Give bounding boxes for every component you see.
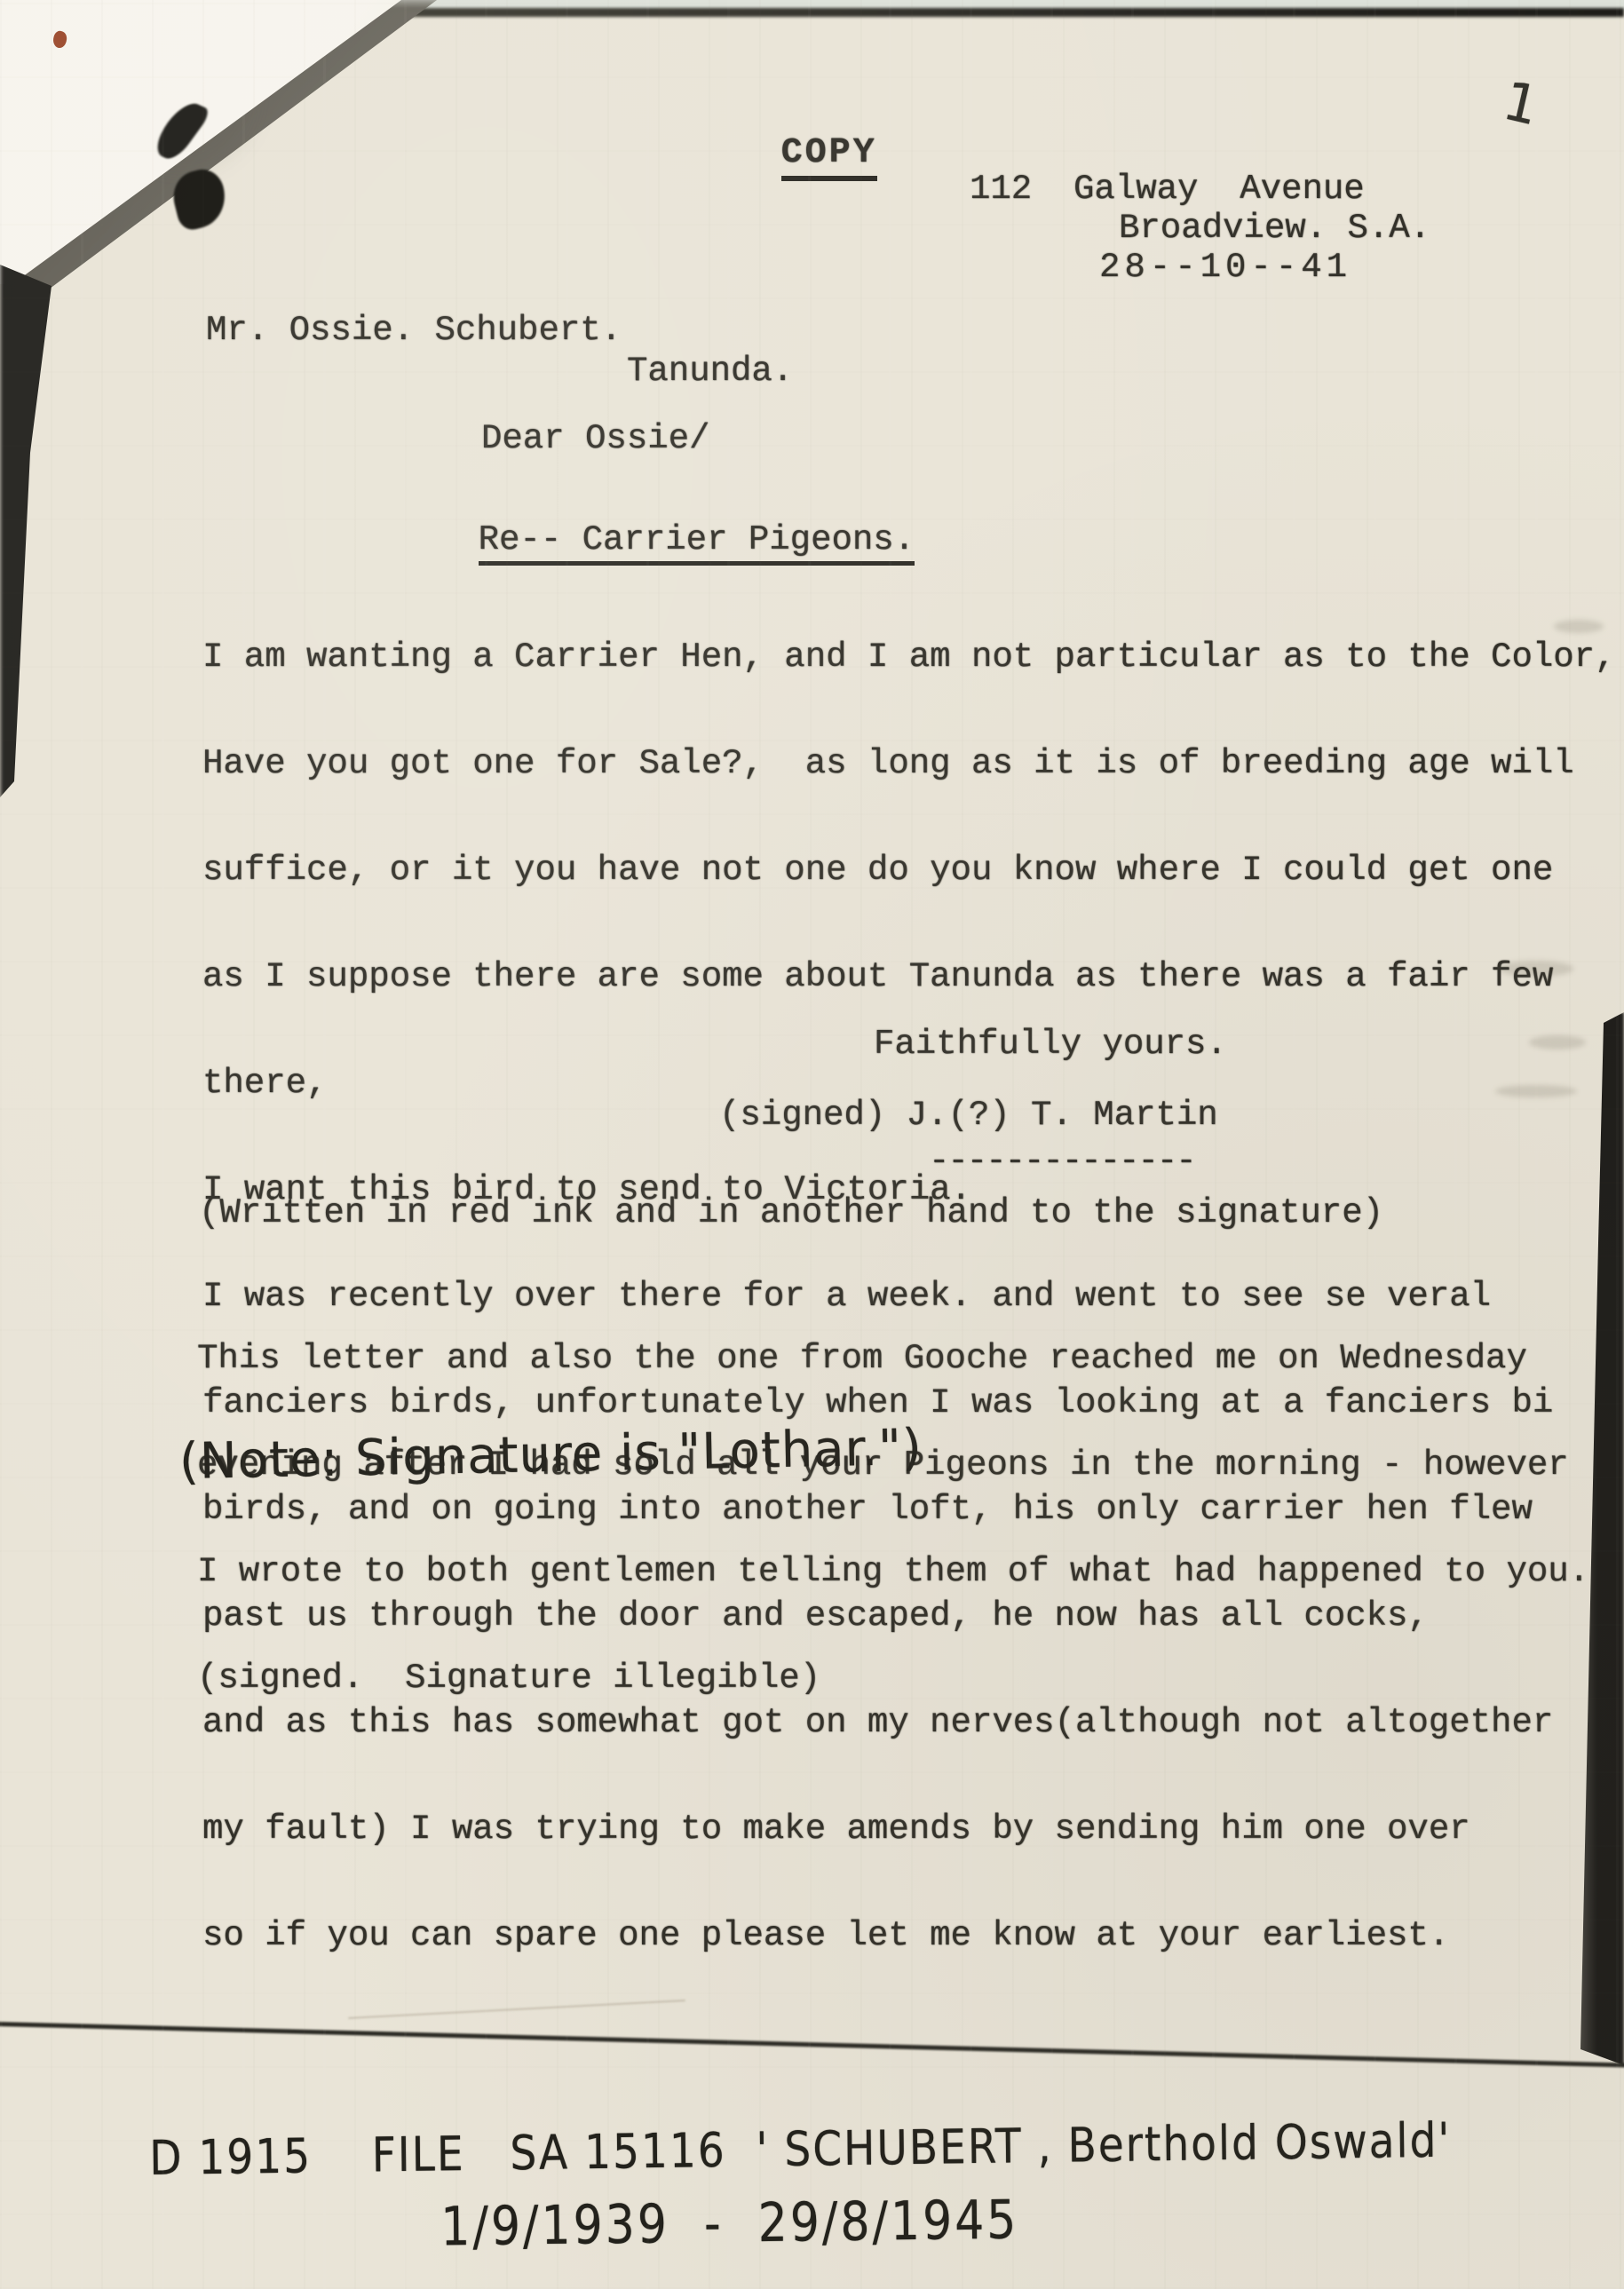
salutation: Dear Ossie/	[481, 421, 709, 456]
subject-text: Re-- Carrier Pigeons.	[479, 520, 915, 566]
letter-date: 28--10--41	[1099, 249, 1351, 285]
body-line: my fault) I was trying to make amends by…	[202, 1811, 1615, 1847]
scanned-letter-page: 1 COPY 112 Galway Avenue Broadview. S.A.…	[0, 0, 1624, 2289]
left-page-edge-shadow	[0, 249, 80, 817]
body-line: I am wanting a Carrier Hen, and I am not…	[202, 639, 1615, 675]
body-line: so if you can spare one please let me kn…	[202, 1918, 1615, 1953]
recipient-town: Tanunda.	[627, 353, 793, 389]
signature-line: (signed) J.(?) T. Martin	[719, 1097, 1218, 1133]
typed-separator: --------------	[929, 1144, 1195, 1179]
archive-file-annotation: D 1915 FILE SA 15116 ' SCHUBERT , Bertho…	[149, 2113, 1452, 2187]
copy-label: COPY	[781, 133, 877, 181]
postscript: This letter and also the one from Gooche…	[197, 1270, 1589, 1767]
body-line: as I suppose there are some about Tanund…	[202, 959, 1615, 994]
archive-date-range: 1/9/1939 - 29/8/1945	[440, 2190, 1019, 2259]
body-line: suffice, or it you have not one do you k…	[202, 852, 1615, 888]
postscript-line: This letter and also the one from Gooche…	[197, 1341, 1589, 1376]
page-number-mark: 1	[1498, 70, 1545, 139]
sender-address-line2: Broadview. S.A.	[1119, 210, 1430, 246]
postscript-line: (signed. Signature illegible)	[197, 1660, 1589, 1696]
photo-bottom-edge	[0, 2022, 1624, 2068]
recipient-name: Mr. Ossie. Schubert.	[206, 313, 622, 348]
red-ink-annotation: (Written in red ink and in another hand …	[199, 1195, 1383, 1231]
sender-address-line1: 112 Galway Avenue	[970, 171, 1365, 207]
body-line: Have you got one for Sale?, as long as i…	[202, 746, 1615, 781]
copy-heading: COPY	[698, 99, 877, 207]
paper-top-edge-shadow	[337, 8, 1624, 17]
valediction: Faithfully yours.	[874, 1026, 1227, 1062]
postscript-line: I wrote to both gentlemen telling them o…	[197, 1554, 1589, 1589]
